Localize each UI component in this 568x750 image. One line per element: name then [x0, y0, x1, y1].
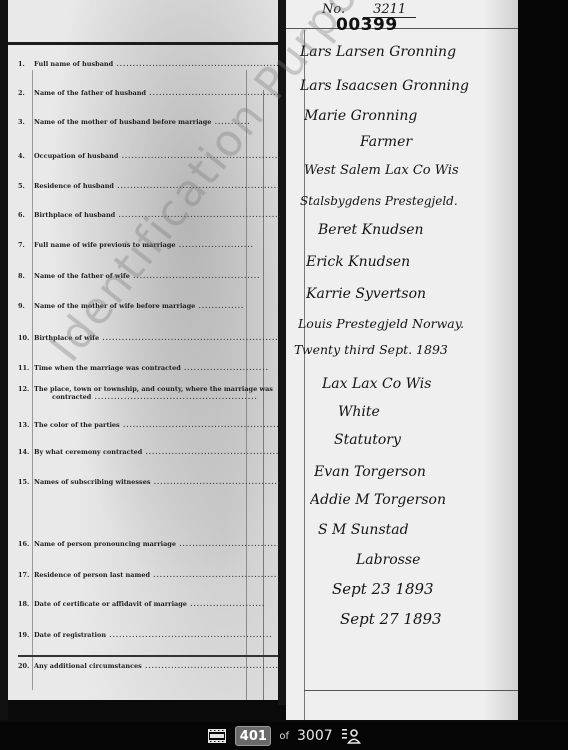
field-label-1: 1.Full name of husband .................… — [18, 60, 280, 68]
field-label-15: 15.Names of subscribing witnesses ......… — [18, 478, 280, 486]
field-label-6: 6.Birthplace of husband ................… — [18, 211, 280, 219]
entry-husband-mother: Marie Gronning — [304, 108, 524, 124]
entry-wife-father: Erick Knudsen — [306, 254, 526, 270]
field-label-17: 17.Residence of person last named ......… — [18, 571, 280, 579]
field-label-14: 14.By what ceremony contracted .........… — [18, 448, 280, 456]
of-label: of — [279, 731, 289, 742]
entry-husband-birthplace: Stalsbygdens Prestegjeld. — [300, 194, 520, 208]
entry-witness-1: Evan Torgerson — [314, 464, 534, 480]
entry-husband-residence: West Salem Lax Co Wis — [304, 163, 524, 178]
entry-husband-father: Lars Isaacsen Gronning — [300, 78, 520, 94]
field-label-7: 7.Full name of wife previous to marriage… — [18, 241, 280, 249]
bottom-rule — [18, 655, 293, 657]
entry-husband-occupation: Farmer — [360, 134, 568, 150]
entry-wife-birthplace: Louis Prestegjeld Norway. — [298, 316, 518, 331]
field-label-4: 4.Occupation of husband ................… — [18, 152, 280, 160]
stamp-number: 00399 — [336, 15, 398, 35]
document-viewer: No.3211 00399 1.Full name of husband ...… — [0, 0, 568, 750]
index-person-icon[interactable] — [341, 728, 361, 744]
page-number-input[interactable] — [235, 726, 271, 746]
field-label-8: 8.Name of the father of wife ...........… — [18, 272, 280, 280]
entry-certificate-date: Sept 23 1893 — [332, 580, 552, 598]
entry-color: White — [338, 404, 558, 420]
entry-wife-name: Beret Knudsen — [318, 222, 538, 238]
field-label-2: 2.Name of the father of husband ........… — [18, 89, 280, 97]
scan-left-edge — [0, 0, 8, 720]
total-pages: 3007 — [297, 728, 333, 744]
entry-officiant-residence: Labrosse — [356, 552, 568, 568]
entry-officiant: S M Sunstad — [318, 522, 538, 538]
field-label-10: 10.Birthplace of wife ..................… — [18, 334, 280, 342]
entry-wife-mother: Karrie Syvertson — [306, 286, 526, 302]
number-column-line — [32, 70, 33, 690]
entry-marriage-place: Lax Lax Co Wis — [322, 376, 542, 392]
viewer-toolbar: of 3007 — [0, 722, 568, 750]
entry-marriage-time: Twenty third Sept. 1893 — [294, 342, 514, 357]
field-label-9: 9.Name of the mother of wife before marr… — [18, 302, 280, 310]
margin-line — [304, 30, 305, 720]
entry-witness-2: Addie M Torgerson — [310, 492, 530, 508]
top-rule — [286, 28, 518, 29]
field-label-18: 18.Date of certificate or affidavit of m… — [18, 600, 280, 608]
entry-registration-date: Sept 27 1893 — [340, 610, 560, 628]
field-label-12: 12.The place, town or township, and coun… — [18, 385, 280, 401]
field-label-3: 3.Name of the mother of husband before m… — [18, 118, 280, 126]
entry-ceremony: Statutory — [334, 432, 554, 448]
bottom-rule — [304, 690, 518, 691]
field-label-13: 13.The color of the parties ............… — [18, 421, 280, 429]
field-label-20: 20.Any additional circumstances ........… — [18, 662, 280, 670]
field-label-16: 16.Name of person pronouncing marriage .… — [18, 540, 280, 548]
top-rule — [8, 42, 283, 45]
entry-husband-name: Lars Larsen Gronning — [300, 44, 520, 60]
field-label-11: 11.Time when the marriage was contracted… — [18, 364, 280, 372]
form-labels-page — [8, 0, 298, 700]
filmstrip-icon[interactable] — [207, 728, 227, 744]
field-label-19: 19.Date of registration ................… — [18, 631, 280, 639]
field-label-5: 5.Residence of husband .................… — [18, 182, 280, 190]
